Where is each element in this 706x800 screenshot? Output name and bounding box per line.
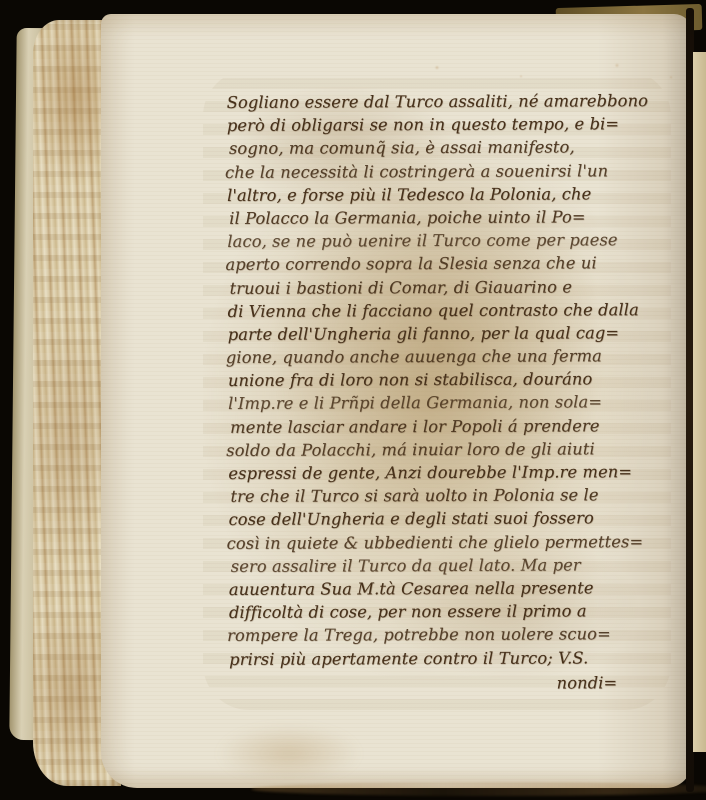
manuscript-line: sero assalire il Turco da quel lato. Ma …	[231, 553, 661, 578]
manuscript-line: soldo da Polacchi, má inuiar loro de gli…	[226, 437, 660, 462]
manuscript-line: mente lasciar andare i lor Popoli á pren…	[230, 414, 660, 439]
manuscript-line: che la necessità li costringerà a soueni…	[225, 159, 659, 184]
manuscript-line: prirsi più apertamente contro il Turco; …	[229, 646, 661, 671]
manuscript-line: truoui i bastioni di Comar, di Giauarino…	[229, 275, 659, 300]
catchword: nondi=	[229, 671, 661, 696]
manuscript-line: difficoltà di cose, per non essere il pr…	[229, 599, 661, 624]
manuscript-line: sogno, ma comunq̃ sia, è assai manifesto…	[229, 135, 659, 160]
manuscript-text: Sogliano essere dal Turco assaliti, né a…	[227, 89, 662, 696]
facing-page-sliver	[693, 52, 706, 752]
manuscript-line: parte dell'Ungheria gli fanno, per la qu…	[228, 321, 660, 346]
manuscript-photo: Sogliano essere dal Turco assaliti, né a…	[0, 0, 706, 800]
manuscript-line: l'Imp.re e li Prñpi della Germania, non …	[228, 390, 660, 415]
manuscript-line: unione fra di loro non si stabilisca, do…	[228, 367, 660, 392]
manuscript-line: tre che il Turco si sarà uolto in Poloni…	[230, 483, 660, 508]
manuscript-line: cose dell'Ungheria e degli stati suoi fo…	[229, 506, 661, 531]
manuscript-line: il Polacco la Germania, poiche uinto il …	[229, 205, 659, 230]
manuscript-line: auuentura Sua M.tà Cesarea nella present…	[229, 576, 661, 601]
manuscript-line: aperto correndo sopra la Slesia senza ch…	[225, 251, 659, 276]
manuscript-line: rompere la Trega, potrebbe non uolere sc…	[227, 622, 661, 647]
paper-stain	[213, 702, 403, 788]
manuscript-line: però di obligarsi se non in questo tempo…	[227, 112, 659, 137]
manuscript-line: laco, se ne può uenire il Turco come per…	[227, 228, 659, 253]
manuscript-line: Sogliano essere dal Turco assaliti, né a…	[227, 89, 659, 114]
manuscript-line: così in quiete & ubbedienti che glielo p…	[227, 530, 661, 555]
manuscript-line: l'altro, e forse più il Tedesco la Polon…	[227, 182, 659, 207]
manuscript-line: di Vienna che li facciano quel contrasto…	[228, 298, 660, 323]
manuscript-line: gione, quando anche auuenga che una ferm…	[226, 344, 660, 369]
paper-stain	[251, 782, 706, 796]
manuscript-line: espressi de gente, Anzi dourebbe l'Imp.r…	[228, 460, 660, 485]
